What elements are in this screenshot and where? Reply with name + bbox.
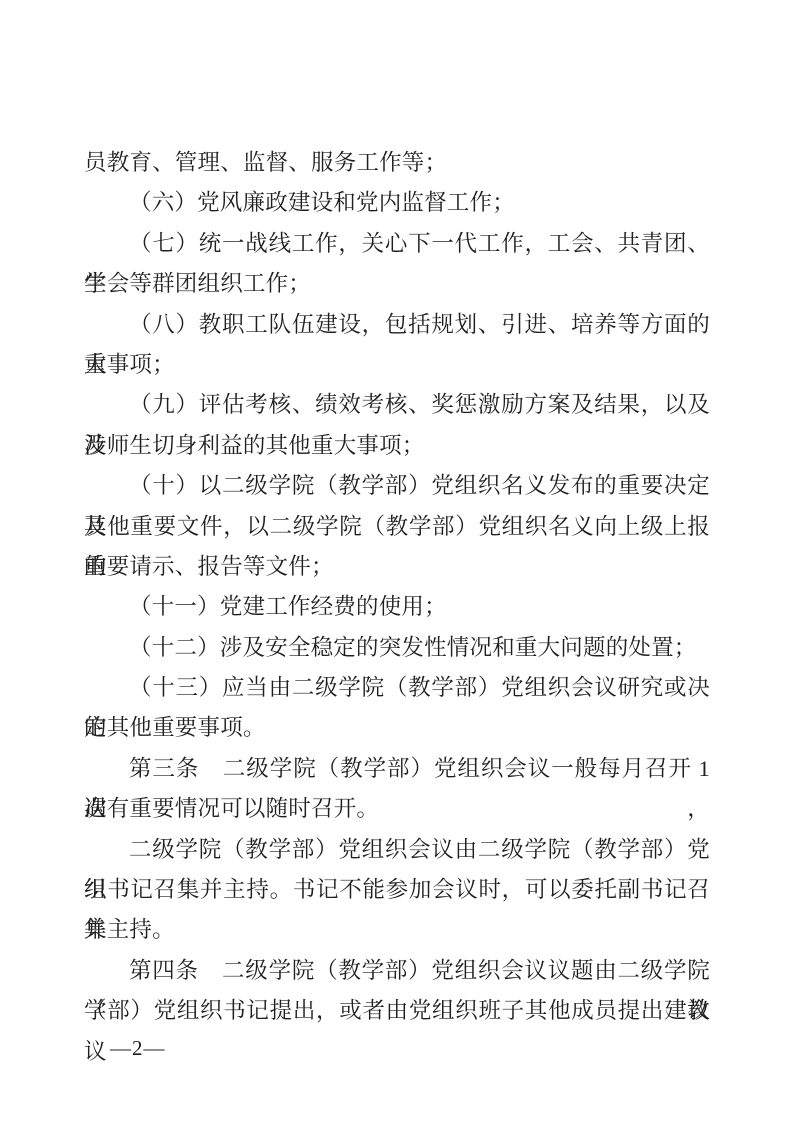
text-line: （十三）应当由二级学院（教学部）党组织会议研究或决定 [84,668,710,708]
text-line: 重要请示、报告等文件； [84,547,710,587]
text-line: 学部）党组织书记提出，或者由党组织班子其他成员提出建议议 [84,991,710,1031]
document-page: 员教育、管理、监督、服务工作等； （六）党风廉政建设和党内监督工作； （七）统一… [0,0,793,1122]
text-line: （八）教职工队伍建设，包括规划、引进、培养等方面的重 [84,305,710,345]
text-line: 大事项； [84,345,710,385]
document-body: 员教育、管理、监督、服务工作等； （六）党风廉政建设和党内监督工作； （七）统一… [84,143,710,1032]
text-line: 二级学院（教学部）党组织会议由二级学院（教学部）党组 [84,830,710,870]
text-line: 生会等群团组织工作； [84,264,710,304]
text-line: （十一）党建工作经费的使用； [84,587,710,627]
text-line: 织书记召集并主持。书记不能参加会议时，可以委托副书记召集 [84,870,710,910]
text-line: （七）统一战线工作，关心下一代工作，工会、共青团、学 [84,224,710,264]
text-line: 其他重要文件，以二级学院（教学部）党组织名义向上级上报的 [84,507,710,547]
text-line: （六）党风廉政建设和党内监督工作； [84,183,710,223]
text-line: 员教育、管理、监督、服务工作等； [84,143,710,183]
text-line: 并主持。 [84,910,710,950]
text-line: （九）评估考核、绩效考核、奖惩激励方案及结果，以及涉 [84,385,710,425]
text-line: 第四条 二级学院（教学部）党组织会议议题由二级学院（教 [84,951,710,991]
text-line: （十二）涉及安全稳定的突发性情况和重大问题的处置； [84,628,710,668]
text-line: 第三条 二级学院（教学部）党组织会议一般每月召开 1 次， [84,749,710,789]
text-line: （十）以二级学院（教学部）党组织名义发布的重要决定及 [84,466,710,506]
page-number: —2— [110,1033,166,1063]
text-line: 及师生切身利益的其他重大事项； [84,426,710,466]
text-line: 的其他重要事项。 [84,708,710,748]
